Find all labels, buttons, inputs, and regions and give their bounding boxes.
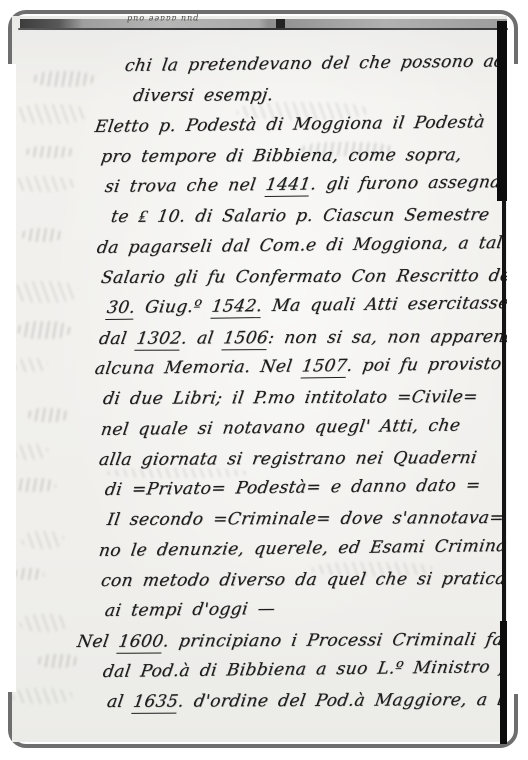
scan-top-edge-notch <box>276 19 285 28</box>
text-run: 1635 <box>131 692 179 714</box>
text-run: Nel <box>76 631 120 651</box>
text-run: ai tempi d'oggi — <box>104 599 277 621</box>
text-run: . d'ordine del Pod.à Maggiore, a lui <box>177 690 507 712</box>
text-run: 1441 <box>264 175 312 198</box>
text-run: te ₤ 10. di Salario p. Ciascun Semestre <box>110 206 491 228</box>
text-run: 30. <box>105 298 137 320</box>
text-run: no le denunzie, querele, ed Esami Crimin… <box>98 536 507 561</box>
mirrored-edge-text: puu aaaee oud <box>126 14 198 23</box>
text-run: dal <box>98 328 139 348</box>
manuscript-page: chi la pretendevano del che possono addu… <box>12 16 507 742</box>
manuscript-line: Eletto p. Podestà di Moggiona il Podestà <box>92 112 507 147</box>
manuscript-line: di =Privato= Podestà= e danno dato = <box>102 475 507 510</box>
text-run: chi la pretendevano del che possono addu… <box>124 51 507 76</box>
scanned-manuscript-view: chi la pretendevano del che possono addu… <box>0 0 528 760</box>
scan-top-edge <box>20 19 507 28</box>
text-run: Salario gli fu Confermato Con Rescritto … <box>100 266 507 288</box>
text-run: Giug.º <box>134 297 213 318</box>
text-run: dal Pod.à di Bibbiena a suo L.º Ministro… <box>102 657 507 682</box>
manuscript-text: chi la pretendevano del che possono addu… <box>12 56 507 723</box>
text-run: 1507 <box>300 356 348 379</box>
manuscript-line: da pagarseli dal Com.e di Moggiona, a ta… <box>94 233 507 268</box>
text-run: . al <box>180 328 225 348</box>
text-run: di due Libri; il P.mo intitolato =Civile… <box>102 387 480 409</box>
page-edge-shadow <box>502 200 506 622</box>
text-run: 1600 <box>117 631 165 653</box>
text-run: 1506 <box>222 328 270 350</box>
text-run: Ma quali Atti esercitasse <box>261 293 507 316</box>
text-run: 1302 <box>135 328 183 350</box>
text-run: . gli furono assegna= <box>309 172 507 194</box>
page-edge-shadow <box>497 21 507 201</box>
text-run: pro tempore di Bibbiena, come sopra, <box>100 145 464 167</box>
manuscript-line: 30. Giug.º 1542. Ma quali Atti esercitas… <box>104 293 507 328</box>
frame-side-cover <box>6 64 16 692</box>
text-run: con metodo diverso da quel che si pratic… <box>100 569 507 591</box>
manuscript-line: di due Libri; il P.mo intitolato =Civile… <box>100 387 507 419</box>
text-run: da pagarseli dal Com.e di Moggiona, a ta… <box>96 233 504 258</box>
manuscript-line: alcuna Memoria. Nel 1507. poi fu provist… <box>92 354 507 389</box>
manuscript-line: ai tempi d'oggi — <box>102 596 507 631</box>
manuscript-line: si trova che nel 1441. gli furono assegn… <box>102 172 507 207</box>
manuscript-line: no le denunzie, querele, ed Esami Crimin… <box>96 536 507 571</box>
text-run: nel quale si notavano quegl' Atti, che <box>100 415 462 439</box>
text-run: : non si sa, non apparendone <box>267 326 507 347</box>
text-run: diversi esempj. <box>132 86 275 107</box>
text-run: Il secondo =Criminale= dove s'annotava= <box>106 508 506 530</box>
page-edge-shadow <box>500 621 507 744</box>
text-run: 1542. <box>210 296 264 319</box>
manuscript-line: dal Pod.à di Bibbiena a suo L.º Ministro… <box>100 657 507 692</box>
manuscript-line: al 1635. d'ordine del Pod.à Maggiore, a … <box>104 690 507 722</box>
text-run: . principiano i Processi Criminali fatti <box>162 629 507 651</box>
text-run: . poi fu provisto <box>345 354 503 376</box>
text-run: alcuna Memoria. Nel <box>94 356 304 379</box>
manuscript-line: chi la pretendevano del che possono addu… <box>122 51 507 86</box>
frame-side-cover <box>512 64 524 694</box>
text-run: si trova che nel <box>104 175 268 197</box>
text-run: al <box>106 692 135 712</box>
text-run: Eletto p. Podestà di Moggiona il Podestà <box>94 112 487 137</box>
text-run: di =Privato= Podestà= e danno dato = <box>104 476 482 501</box>
text-run: alla giornata si registrano nei Quaderni <box>98 448 479 470</box>
scan-top-edge-line <box>18 28 508 30</box>
manuscript-line: nel quale si notavano quegl' Atti, che <box>98 415 507 450</box>
